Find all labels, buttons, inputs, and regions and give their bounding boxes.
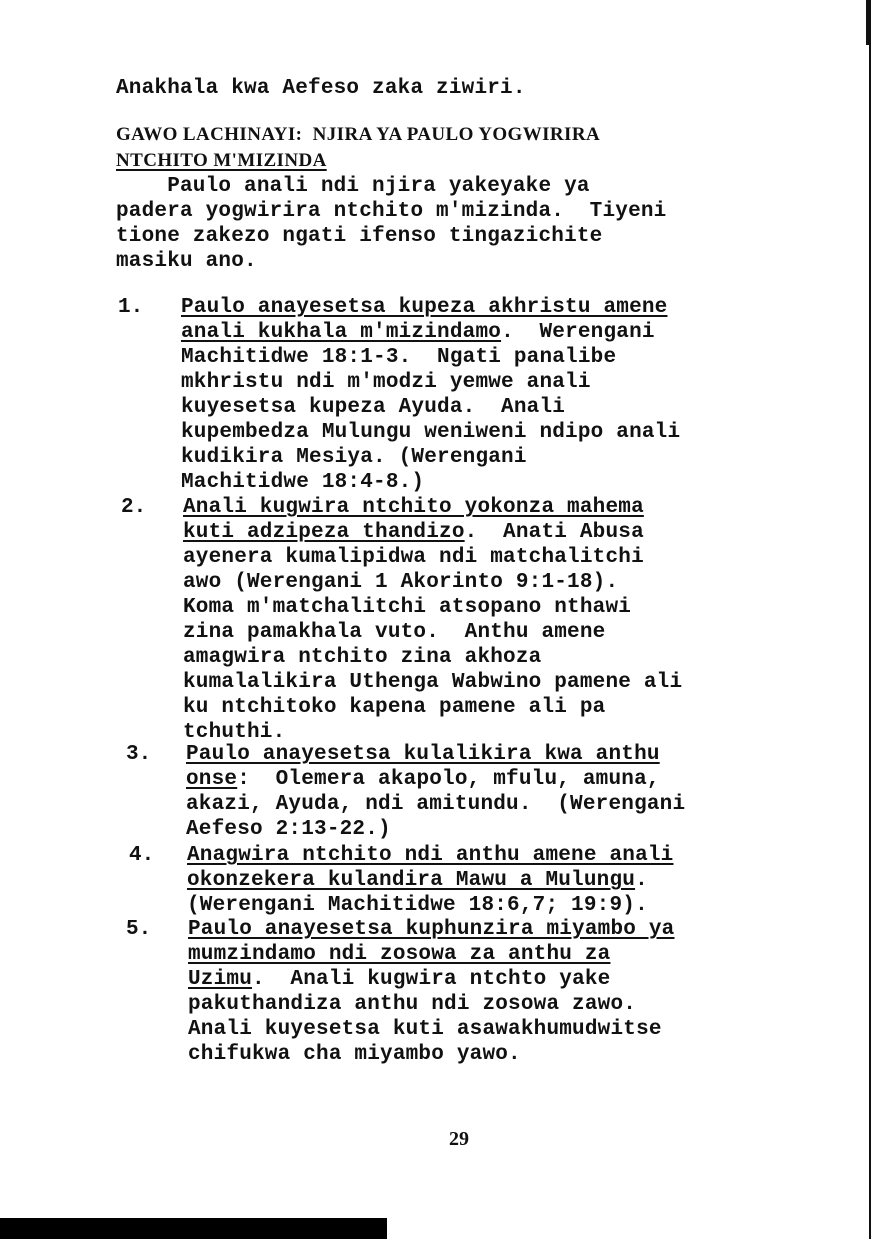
list-item-number: 3. [126, 742, 151, 767]
paragraph-line: padera yogwirira ntchito m'mizinda. Tiye… [116, 199, 667, 224]
underlined-text: Uzimu [188, 968, 252, 991]
list-item-number: 1. [118, 295, 143, 320]
list-item-line: kumalalikira Uthenga Wabwino pamene ali [183, 670, 682, 695]
list-item-line: chifukwa cha miyambo yawo. [188, 1042, 521, 1067]
list-item-number: 4. [129, 843, 154, 868]
list-item-line: Aefeso 2:13-22.) [186, 817, 391, 842]
section-heading-line1: GAWO LACHINAYI: NJIRA YA PAULO YOGWIRIRA [116, 122, 600, 147]
section-heading-line2: NTCHITO M'MIZINDA [116, 148, 327, 173]
underlined-text: Paulo anayesetsa kulalikira kwa anthu [186, 743, 660, 766]
list-item-line: kupembedza Mulungu weniweni ndipo anali [181, 420, 680, 445]
underlined-text: kuti adzipeza thandizo [183, 521, 465, 544]
list-item-line: kudikira Mesiya. (Werengani [181, 445, 527, 470]
list-item-number: 5. [126, 917, 151, 942]
underlined-text: mumzindamo ndi zosowa za anthu za [188, 943, 610, 966]
list-item-line: Koma m'matchalitchi atsopano nthawi [183, 595, 631, 620]
list-item-line: okonzekera kulandira Mawu a Mulungu. [187, 868, 648, 893]
underlined-text: Anali kugwira ntchito yokonza mahema [183, 496, 644, 519]
underlined-text: Paulo anayesetsa kuphunzira miyambo ya [188, 918, 674, 941]
list-item-number: 2. [121, 495, 146, 520]
list-item-line: (Werengani Machitidwe 18:6,7; 19:9). [187, 893, 648, 918]
list-item-line: ku ntchitoko kapena pamene ali pa [183, 695, 605, 720]
list-item-line: pakuthandiza anthu ndi zosowa zawo. [188, 992, 636, 1017]
list-item-line: Machitidwe 18:4-8.) [181, 470, 424, 495]
list-item-line: kuti adzipeza thandizo. Anati Abusa [183, 520, 644, 545]
list-item-line: anali kukhala m'mizindamo. Werengani [181, 320, 655, 345]
list-item-line: onse: Olemera akapolo, mfulu, amuna, [186, 767, 660, 792]
list-item-line: amagwira ntchito zina akhoza [183, 645, 541, 670]
list-item-line: Paulo anayesetsa kupeza akhristu amene [181, 295, 667, 320]
section-heading-underlined: NTCHITO M'MIZINDA [116, 150, 327, 171]
list-item-line: zina pamakhala vuto. Anthu amene [183, 620, 605, 645]
underlined-text: Anagwira ntchito ndi anthu amene anali [187, 844, 673, 867]
underlined-text: Paulo anayesetsa kupeza akhristu amene [181, 296, 667, 319]
scan-artifact-bar [0, 1218, 387, 1239]
list-item-line: akazi, Ayuda, ndi amitundu. (Werengani [186, 792, 685, 817]
underlined-text: anali kukhala m'mizindamo [181, 321, 501, 344]
list-item-line: awo (Werengani 1 Akorinto 9:1-18). [183, 570, 618, 595]
list-item-line: Machitidwe 18:1-3. Ngati panalibe [181, 345, 616, 370]
paragraph-line: Paulo anali ndi njira yakeyake ya [116, 174, 590, 199]
page-number: 29 [449, 1128, 469, 1151]
underlined-text: okonzekera kulandira Mawu a Mulungu [187, 869, 635, 892]
list-item-line: mkhristu ndi m'modzi yemwe anali [181, 370, 591, 395]
page-edge-mark [866, 0, 870, 45]
list-item-line: Anali kuyesetsa kuti asawakhumudwitse [188, 1017, 662, 1042]
list-item-line: Paulo anayesetsa kuphunzira miyambo ya [188, 917, 674, 942]
paragraph-line: tione zakezo ngati ifenso tingazichite [116, 224, 602, 249]
page-edge-line [869, 0, 871, 1239]
paragraph-line: masiku ano. [116, 249, 257, 274]
list-item-line: ayenera kumalipidwa ndi matchalitchi [183, 545, 644, 570]
underlined-text: onse [186, 768, 237, 791]
intro-line: Anakhala kwa Aefeso zaka ziwiri. [116, 76, 526, 101]
list-item-line: Paulo anayesetsa kulalikira kwa anthu [186, 742, 660, 767]
list-item-line: Anali kugwira ntchito yokonza mahema [183, 495, 644, 520]
list-item-line: mumzindamo ndi zosowa za anthu za [188, 942, 610, 967]
list-item-line: Anagwira ntchito ndi anthu amene anali [187, 843, 673, 868]
list-item-line: Uzimu. Anali kugwira ntchto yake [188, 967, 610, 992]
list-item-line: kuyesetsa kupeza Ayuda. Anali [181, 395, 565, 420]
